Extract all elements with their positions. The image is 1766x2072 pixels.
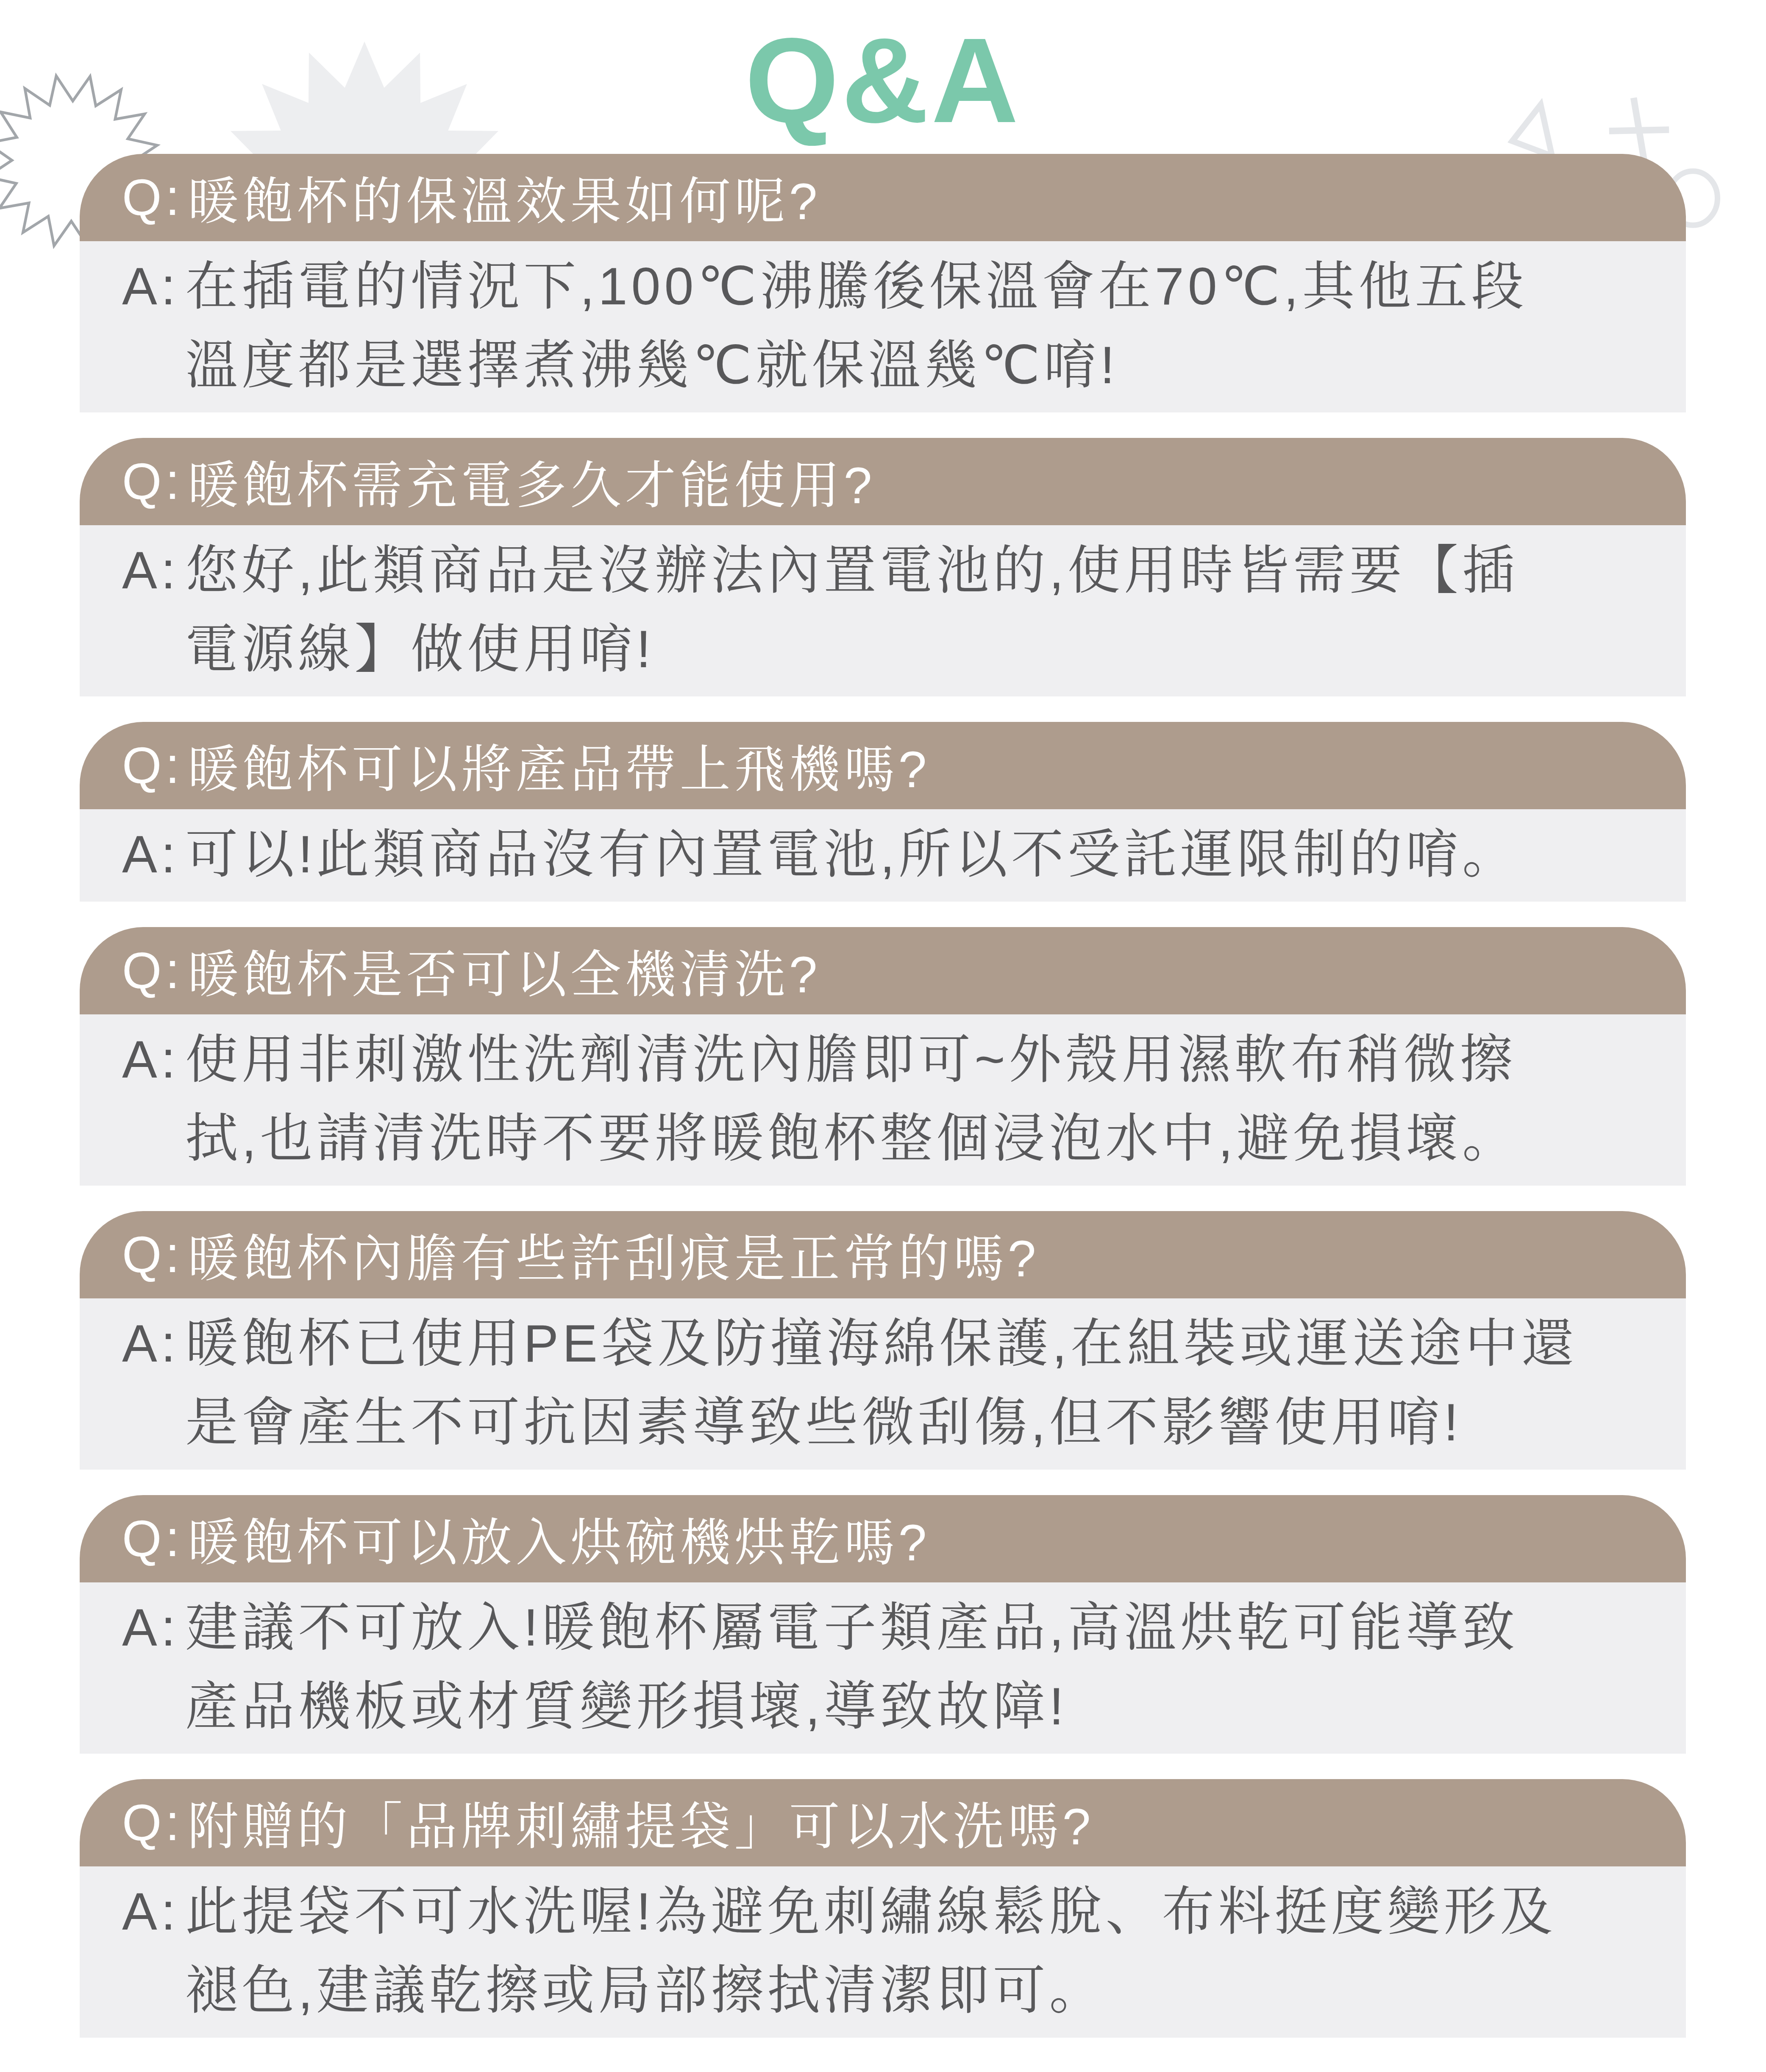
- qa-item: Q: 暖飽杯可以將產品帶上飛機嗎? A: 可以!此類商品沒有內置電池,所以不受託…: [80, 722, 1686, 902]
- answer-line: 電源線】做使用唷!: [185, 610, 1660, 689]
- question-prefix: Q:: [122, 452, 184, 511]
- question-text: 暖飽杯內膽有些許刮痕是正常的嗎?: [188, 1218, 1040, 1291]
- question-prefix: Q:: [122, 736, 184, 795]
- question-prefix: Q:: [122, 1794, 184, 1852]
- qa-list: Q: 暖飽杯的保溫效果如何呢? A: 在插電的情況下,100℃沸騰後保溫會在70…: [80, 154, 1686, 2063]
- answer-line: 是會產生不可抗因素導致些微刮傷,但不影響使用唷!: [185, 1383, 1660, 1462]
- qa-item: Q: 暖飽杯內膽有些許刮痕是正常的嗎? A: 暖飽杯已使用PE袋及防撞海綿保護,…: [80, 1211, 1686, 1470]
- answer-text: 暖飽杯已使用PE袋及防撞海綿保護,在組裝或運送途中還是會產生不可抗因素導致些微刮…: [185, 1304, 1660, 1462]
- answer-text: 建議不可放入!暖飽杯屬電子類產品,高溫烘乾可能導致產品機板或材質變形損壞,導致故…: [185, 1588, 1660, 1746]
- qa-item: Q: 暖飽杯的保溫效果如何呢? A: 在插電的情況下,100℃沸騰後保溫會在70…: [80, 154, 1686, 412]
- answer-prefix: A:: [122, 815, 179, 894]
- answer-line: 此提袋不可水洗喔!為避免刺繡線鬆脫、布料挺度變形及: [185, 1872, 1660, 1951]
- answer-body: A: 在插電的情況下,100℃沸騰後保溫會在70℃,其他五段溫度都是選擇煮沸幾℃…: [80, 241, 1686, 412]
- answer-line: 可以!此類商品沒有內置電池,所以不受託運限制的唷。: [185, 815, 1660, 894]
- question-text: 暖飽杯可以放入烘碗機烘乾嗎?: [188, 1502, 931, 1575]
- question-bar: Q: 暖飽杯內膽有些許刮痕是正常的嗎?: [80, 1211, 1686, 1298]
- answer-body: A: 您好,此類商品是沒辦法內置電池的,使用時皆需要【插電源線】做使用唷!: [80, 525, 1686, 696]
- answer-prefix: A:: [122, 247, 179, 326]
- answer-prefix: A:: [122, 531, 179, 610]
- qa-item: Q: 暖飽杯是否可以全機清洗? A: 使用非刺激性洗劑清洗內膽即可~外殼用濕軟布…: [80, 927, 1686, 1186]
- question-bar: Q: 附贈的「品牌刺繡提袋」可以水洗嗎?: [80, 1779, 1686, 1866]
- question-prefix: Q:: [122, 168, 184, 227]
- answer-line: 拭,也請清洗時不要將暖飽杯整個浸泡水中,避免損壞。: [185, 1099, 1660, 1178]
- page-title: Q&A: [0, 17, 1766, 144]
- qa-item: Q: 暖飽杯可以放入烘碗機烘乾嗎? A: 建議不可放入!暖飽杯屬電子類產品,高溫…: [80, 1495, 1686, 1754]
- answer-line: 您好,此類商品是沒辦法內置電池的,使用時皆需要【插: [185, 531, 1660, 610]
- answer-body: A: 暖飽杯已使用PE袋及防撞海綿保護,在組裝或運送途中還是會產生不可抗因素導致…: [80, 1298, 1686, 1470]
- answer-line: 建議不可放入!暖飽杯屬電子類產品,高溫烘乾可能導致: [185, 1588, 1660, 1667]
- question-text: 暖飽杯是否可以全機清洗?: [188, 934, 821, 1007]
- question-prefix: Q:: [122, 1509, 184, 1568]
- answer-line: 在插電的情況下,100℃沸騰後保溫會在70℃,其他五段: [185, 247, 1660, 326]
- answer-prefix: A:: [122, 1304, 179, 1383]
- answer-prefix: A:: [122, 1872, 179, 1951]
- answer-line: 使用非刺激性洗劑清洗內膽即可~外殼用濕軟布稍微擦: [185, 1020, 1660, 1099]
- answer-text: 此提袋不可水洗喔!為避免刺繡線鬆脫、布料挺度變形及褪色,建議乾擦或局部擦拭清潔即…: [185, 1872, 1660, 2030]
- question-prefix: Q:: [122, 941, 184, 1000]
- answer-prefix: A:: [122, 1020, 179, 1099]
- answer-body: A: 此提袋不可水洗喔!為避免刺繡線鬆脫、布料挺度變形及褪色,建議乾擦或局部擦拭…: [80, 1866, 1686, 2038]
- answer-text: 可以!此類商品沒有內置電池,所以不受託運限制的唷。: [185, 815, 1660, 894]
- question-text: 暖飽杯可以將產品帶上飛機嗎?: [188, 729, 931, 802]
- answer-body: A: 可以!此類商品沒有內置電池,所以不受託運限制的唷。: [80, 809, 1686, 902]
- qa-item: Q: 暖飽杯需充電多久才能使用? A: 您好,此類商品是沒辦法內置電池的,使用時…: [80, 438, 1686, 696]
- question-bar: Q: 暖飽杯需充電多久才能使用?: [80, 438, 1686, 525]
- answer-prefix: A:: [122, 1588, 179, 1667]
- answer-text: 在插電的情況下,100℃沸騰後保溫會在70℃,其他五段溫度都是選擇煮沸幾℃就保溫…: [185, 247, 1660, 405]
- question-prefix: Q:: [122, 1225, 184, 1284]
- answer-text: 您好,此類商品是沒辦法內置電池的,使用時皆需要【插電源線】做使用唷!: [185, 531, 1660, 689]
- question-bar: Q: 暖飽杯的保溫效果如何呢?: [80, 154, 1686, 241]
- question-bar: Q: 暖飽杯可以放入烘碗機烘乾嗎?: [80, 1495, 1686, 1582]
- question-text: 附贈的「品牌刺繡提袋」可以水洗嗎?: [188, 1786, 1095, 1859]
- question-text: 暖飽杯的保溫效果如何呢?: [188, 161, 821, 234]
- question-bar: Q: 暖飽杯是否可以全機清洗?: [80, 927, 1686, 1014]
- answer-line: 褪色,建議乾擦或局部擦拭清潔即可。: [185, 1951, 1660, 2030]
- answer-line: 溫度都是選擇煮沸幾℃就保溫幾℃唷!: [185, 326, 1660, 405]
- answer-body: A: 建議不可放入!暖飽杯屬電子類產品,高溫烘乾可能導致產品機板或材質變形損壞,…: [80, 1582, 1686, 1754]
- answer-text: 使用非刺激性洗劑清洗內膽即可~外殼用濕軟布稍微擦拭,也請清洗時不要將暖飽杯整個浸…: [185, 1020, 1660, 1178]
- answer-body: A: 使用非刺激性洗劑清洗內膽即可~外殼用濕軟布稍微擦拭,也請清洗時不要將暖飽杯…: [80, 1014, 1686, 1186]
- answer-line: 產品機板或材質變形損壞,導致故障!: [185, 1667, 1660, 1746]
- question-bar: Q: 暖飽杯可以將產品帶上飛機嗎?: [80, 722, 1686, 809]
- qa-page: Q&A Q: 暖飽杯的保溫效果如何呢? A: 在插電的情況下,100℃沸騰後保溫…: [0, 0, 1766, 2072]
- answer-line: 暖飽杯已使用PE袋及防撞海綿保護,在組裝或運送途中還: [185, 1304, 1660, 1383]
- question-text: 暖飽杯需充電多久才能使用?: [188, 445, 876, 518]
- qa-item: Q: 附贈的「品牌刺繡提袋」可以水洗嗎? A: 此提袋不可水洗喔!為避免刺繡線鬆…: [80, 1779, 1686, 2038]
